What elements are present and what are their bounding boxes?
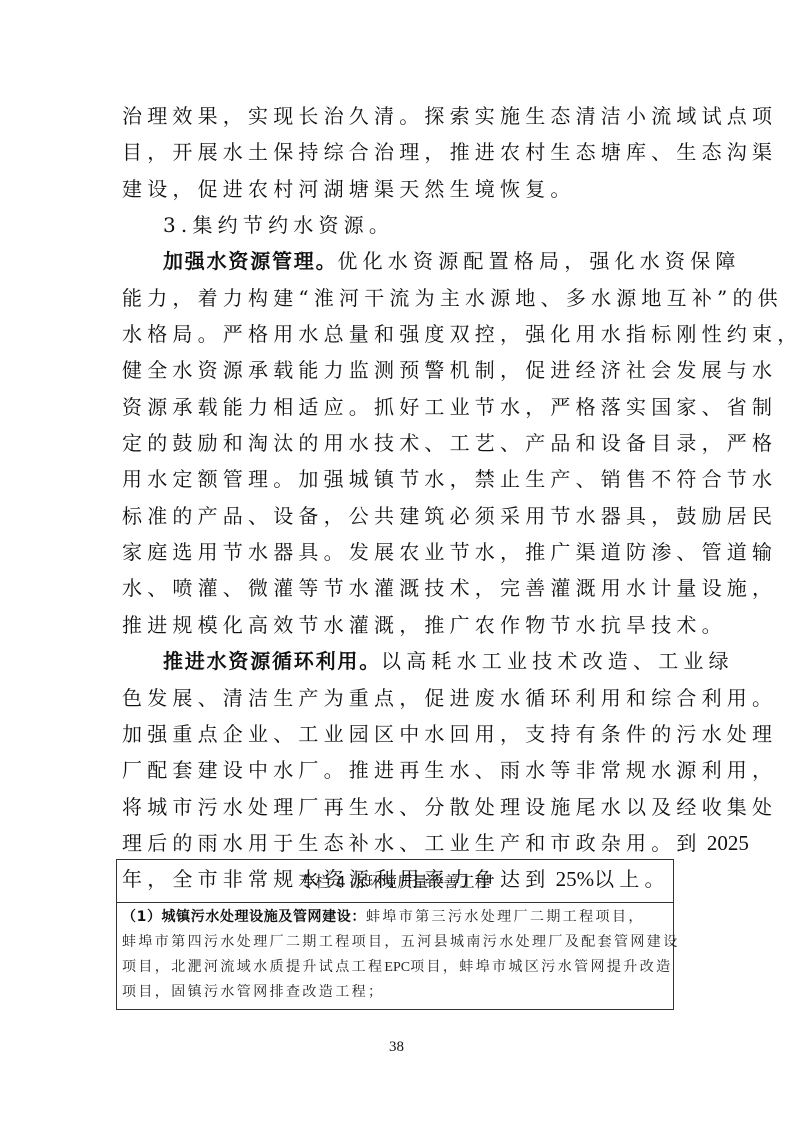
- paragraph-text: 优化水资源配置格局，强化水资保障: [337, 249, 740, 273]
- paragraph-line: 水、喷灌、微灌等节水灌溉技术，完善灌溉用水计量设施，: [122, 570, 675, 606]
- page-number: 38: [0, 1039, 793, 1056]
- box-text: 项目，北淝河流域水质提升试点工程: [122, 959, 384, 975]
- box-line: 项目，固镇污水管网排查改造工程；: [122, 980, 669, 1005]
- bold-lead-heading: 推进水资源循环利用。: [163, 649, 381, 673]
- box-line: 项目，北淝河流域水质提升试点工程EPC项目，蚌埠市城区污水管网提升改造: [122, 955, 669, 980]
- paragraph-line: 能力，着力构建“淮河干流为主水源地、多水源地互补”的供: [122, 280, 675, 316]
- paragraph-line: 用水定额管理。加强城镇节水，禁止生产、销售不符合节水: [122, 461, 675, 497]
- paragraph-line: 厂配套建设中水厂。推进再生水、雨水等非常规水源利用，: [122, 752, 675, 788]
- paragraph-line: 标准的产品、设备，公共建筑必须采用节水器具，鼓励居民: [122, 498, 675, 534]
- paragraph-line: 家庭选用节水器具。发展农业节水，推广渠道防渗、管道输: [122, 534, 675, 570]
- paragraph-line: 将城市污水处理厂再生水、分散处理设施尾水以及经收集处: [122, 789, 675, 825]
- box-text: 项目，蚌埠市城区污水管网提升改造: [410, 959, 672, 975]
- paragraph-line: 色发展、清洁生产为重点，促进废水循环利用和综合利用。: [122, 680, 675, 716]
- paragraph-line: 加强水资源管理。优化水资源配置格局，强化水资保障: [122, 243, 675, 279]
- bold-lead-heading: 加强水资源管理。: [163, 249, 337, 273]
- paragraph-line: 健全水资源承载能力监测预警机制，促进经济社会发展与水: [122, 352, 675, 388]
- box-line: 蚌埠市第四污水处理厂二期工程项目，五河县城南污水处理厂及配套管网建设: [122, 930, 669, 955]
- paragraph-line: 建设，促进农村河湖塘渠天然生境恢复。: [122, 171, 675, 207]
- paragraph-line: 理后的雨水用于生态补水、工业生产和市政杂用。到 2025: [122, 825, 675, 861]
- paragraph-line: 治理效果，实现长治久清。探索实施生态清洁小流域试点项: [122, 98, 675, 134]
- paragraph-line: 推进规模化高效节水灌溉，推广农作物节水抗旱技术。: [122, 607, 675, 643]
- paragraph-text: 理后的雨水用于生态补水、工业生产和市政杂用。到: [122, 831, 702, 855]
- box-line: （1）城镇污水处理设施及管网建设：蚌埠市第三污水处理厂二期工程项目，: [122, 905, 669, 930]
- year-value: 2025: [702, 831, 749, 855]
- epc-label: EPC: [384, 960, 410, 975]
- document-body: 治理效果，实现长治久清。探索实施生态清洁小流域试点项 目，开展水土保持综合治理，…: [122, 98, 675, 898]
- section-heading: 3.集约节约水资源。: [122, 207, 675, 243]
- paragraph-line: 定的鼓励和淘汰的用水技术、工艺、产品和设备目录，严格: [122, 425, 675, 461]
- paragraph-line: 目，开展水土保持综合治理，推进农村生态塘库、生态沟渠: [122, 134, 675, 170]
- paragraph-line: 加强重点企业、工业园区中水回用，支持有条件的污水处理: [122, 716, 675, 752]
- box-title: 专栏 4 水环境质量改善工程: [117, 860, 673, 903]
- special-column-box: 专栏 4 水环境质量改善工程 （1）城镇污水处理设施及管网建设：蚌埠市第三污水处…: [116, 859, 674, 1010]
- box-item-heading: （1）城镇污水处理设施及管网建设：: [122, 909, 366, 925]
- paragraph-line: 资源承载能力相适应。抓好工业节水，严格落实国家、省制: [122, 389, 675, 425]
- paragraph-line: 水格局。严格用水总量和强度双控，强化用水指标刚性约束，: [122, 316, 675, 352]
- box-content: （1）城镇污水处理设施及管网建设：蚌埠市第三污水处理厂二期工程项目， 蚌埠市第四…: [117, 903, 673, 1005]
- paragraph-line: 推进水资源循环利用。以高耗水工业技术改造、工业绿: [122, 643, 675, 679]
- box-text: 蚌埠市第三污水处理厂二期工程项目，: [366, 909, 645, 925]
- paragraph-text: 以高耗水工业技术改造、工业绿: [381, 649, 734, 673]
